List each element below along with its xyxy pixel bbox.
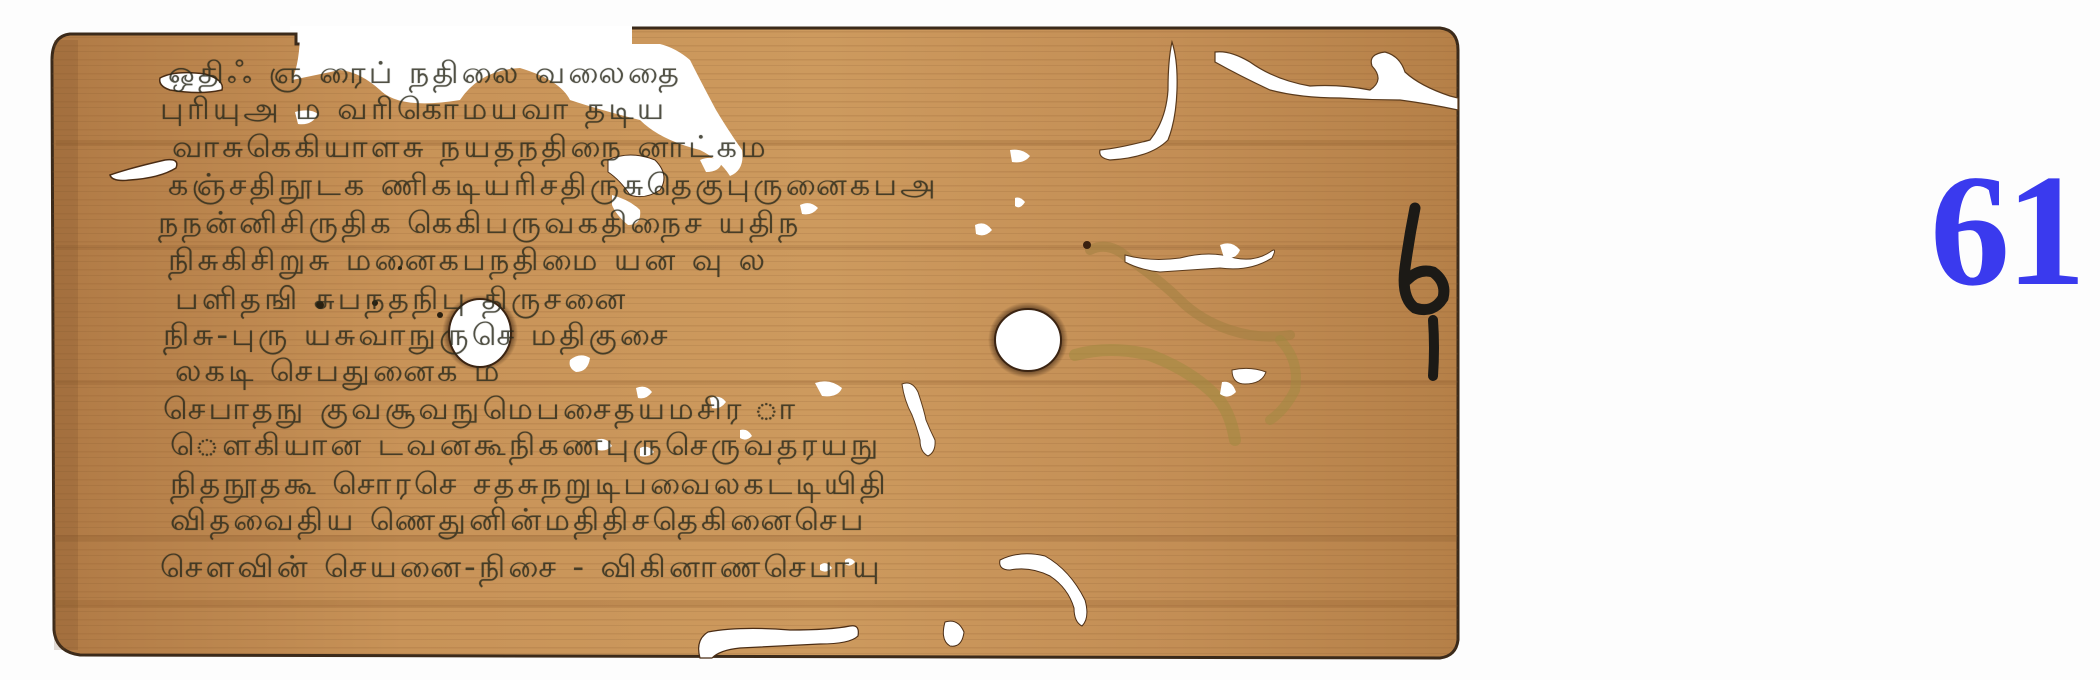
manuscript-line-2: புரியுஅ ம வரிகொமயவா தடிய bbox=[160, 92, 667, 131]
manuscript-line-8: நிசு-புரு யசுவாநுருசெ மதிகுசை bbox=[163, 318, 671, 357]
manuscript-line-9: லகடி செபதுனைக ம bbox=[175, 354, 503, 393]
manuscript-line-12: நிதநூதகூ சொரசெ சதசுநறுடிபவைலகடடியிதி bbox=[170, 467, 889, 506]
manuscript-line-11: ெளகியான டவனகூநிகணபுருசெருவதரயநு bbox=[170, 428, 881, 467]
manuscript-line-4: கஞ்சதிநூடக ணிகடியரிசதிருசுதெகுபுருனைகபஅ bbox=[168, 168, 939, 207]
manuscript-line-6: நிசுகிசிறுசு மனைகபநதிமை யன வு ல bbox=[168, 243, 768, 282]
scan-canvas: ஒதிஃ ஞ ரைப் நதிலை வலைதை புரியுஅ ம வரிகொம… bbox=[0, 0, 2100, 680]
manuscript-line-7: பளிதஙி சுபநதநிபு திருசனை bbox=[175, 282, 628, 321]
manuscript-line-13: விதவைதிய ணெதுனின்மதிதிசதெகினைசெப bbox=[170, 503, 867, 542]
handwritten-folio-number bbox=[1385, 198, 1455, 383]
manuscript-line-3: வாசுகெகியாளசு நயதநதிநை னாட்கம bbox=[172, 130, 769, 169]
manuscript-line-1: ஒதிஃ ஞ ரைப் நதிலை வலைதை bbox=[168, 56, 682, 95]
palm-leaf: ஒதிஃ ஞ ரைப் நதிலை வலைதை புரியுஅ ம வரிகொம… bbox=[0, 0, 2100, 680]
manuscript-line-10: செபாதநு குவசூவநுமெபசைதயமசிர ா bbox=[163, 392, 798, 431]
page-number-label: 61 bbox=[1930, 150, 2082, 310]
manuscript-line-14: செளவின் செயனை-நிசை - விகினாணசெபாயு bbox=[160, 550, 883, 589]
manuscript-line-5: நநன்னிசிருதிக கெகிபருவகதிநைச யதிந bbox=[158, 206, 802, 245]
